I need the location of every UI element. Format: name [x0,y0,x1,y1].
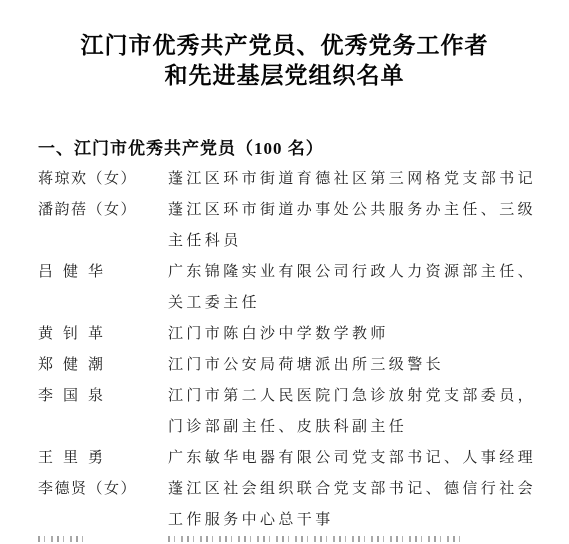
entry-description-line: 蓬江区环市街道办事处公共服务办主任、三级 [168,195,569,226]
entry-name: 蒋琼欢（女） [38,164,168,195]
award-entry: 郑健潮江门市公安局荷塘派出所三级警长 [38,350,569,381]
entry-description-line: 工作服务中心总干事 [168,505,569,536]
award-entry: 蒋琼欢（女）蓬江区环市街道育德社区第三网格党支部书记 [38,164,569,195]
award-entry: 黄钊革江门市陈白沙中学数学教师 [38,319,569,350]
entry-description: 蓬江区环市街道办事处公共服务办主任、三级主任科员 [168,195,569,257]
entry-name: 黄钊革 [38,319,168,350]
entry-description-line: 江门市陈白沙中学数学教师 [168,319,569,350]
award-entry: 潘韵蓓（女）蓬江区环市街道办事处公共服务办主任、三级主任科员 [38,195,569,257]
entry-description-line: 关工委主任 [168,288,569,319]
document-title: 江门市优秀共产党员、优秀党务工作者 和先进基层党组织名单 [0,0,569,91]
entry-description: 广东敏华电器有限公司党支部书记、人事经理 [168,443,569,474]
award-entry: 李德贤（女）蓬江区社会组织联合党支部书记、德信行社会工作服务中心总干事 [38,474,569,536]
entry-description-line: 江门市第二人民医院门急诊放射党支部委员， [168,381,569,412]
entry-description-line: 广东敏华电器有限公司党支部书记、人事经理 [168,443,569,474]
entry-description: 江门市第二人民医院门急诊放射党支部委员，门诊部副主任、皮肤科副主任 [168,381,569,443]
clipped-desc-fragment [168,536,464,542]
entry-name: 潘韵蓓（女） [38,195,168,226]
entry-description-line: 蓬江区环市街道育德社区第三网格党支部书记 [168,164,569,195]
award-entry: 王里勇广东敏华电器有限公司党支部书记、人事经理 [38,443,569,474]
entry-name: 王里勇 [38,443,168,474]
entry-name: 李德贤（女） [38,474,168,505]
award-entry: 吕健华广东锦隆实业有限公司行政人力资源部主任、关工委主任 [38,257,569,319]
entry-name: 吕健华 [38,257,168,288]
title-line-1: 江门市优秀共产党员、优秀党务工作者 [0,31,569,61]
entry-name: 郑健潮 [38,350,168,381]
entry-description-line: 广东锦隆实业有限公司行政人力资源部主任、 [168,257,569,288]
entry-description: 江门市公安局荷塘派出所三级警长 [168,350,569,381]
clipped-name-fragment [38,536,84,542]
entry-description-line: 蓬江区社会组织联合党支部书记、德信行社会 [168,474,569,505]
entry-description: 蓬江区社会组织联合党支部书记、德信行社会工作服务中心总干事 [168,474,569,536]
entry-name: 李国泉 [38,381,168,412]
award-entry-list: 蒋琼欢（女）蓬江区环市街道育德社区第三网格党支部书记潘韵蓓（女）蓬江区环市街道办… [38,164,569,536]
entry-description-line: 主任科员 [168,226,569,257]
entry-description: 江门市陈白沙中学数学教师 [168,319,569,350]
entry-description-line: 门诊部副主任、皮肤科副主任 [168,412,569,443]
entry-description-line: 江门市公安局荷塘派出所三级警长 [168,350,569,381]
entry-description: 蓬江区环市街道育德社区第三网格党支部书记 [168,164,569,195]
entry-description: 广东锦隆实业有限公司行政人力资源部主任、关工委主任 [168,257,569,319]
section-heading: 一、江门市优秀共产党员（100 名） [38,136,569,161]
award-entry: 李国泉江门市第二人民医院门急诊放射党支部委员，门诊部副主任、皮肤科副主任 [38,381,569,443]
title-line-2: 和先进基层党组织名单 [0,61,569,91]
clipped-next-row [38,536,569,544]
document-page: 江门市优秀共产党员、优秀党务工作者 和先进基层党组织名单 一、江门市优秀共产党员… [0,0,569,544]
